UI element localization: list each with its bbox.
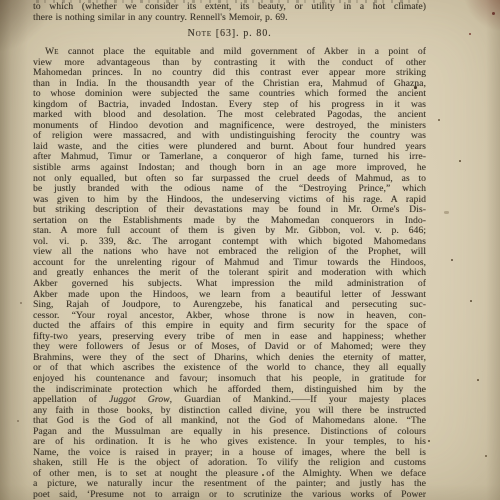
text-line: Brahmins, were they of the sect of Dhari… (33, 353, 426, 364)
text-line: shaken, still He is the object of adorat… (33, 458, 426, 469)
text-line: stan. A more full account of them is giv… (33, 226, 426, 237)
text-line: monuments of Hindoo devotion and magnifi… (33, 121, 426, 132)
text-segment: shaken, still He is the object of adorat… (33, 458, 426, 468)
text-line: was given to him by the Hindoos, the und… (33, 195, 426, 206)
text-line: but striking description of their devast… (33, 205, 426, 216)
text-segment: poet said, ‘Presume not to arraign or to… (33, 490, 426, 500)
text-line: Note [63]. p. 80. (33, 29, 426, 40)
text-segment: Name, the voice is raised in prayer; in … (33, 448, 426, 458)
paper-speck (477, 379, 479, 381)
text-line: of other men, is to set at nought the pl… (33, 469, 426, 480)
text-line: ducted the affairs of this empire in equ… (33, 321, 426, 332)
text-line: marked with blood and desolation. The mo… (33, 110, 426, 121)
text-segment: sistible arms against Indostan; and thou… (33, 163, 426, 173)
text-segment: not only equalled, but often so far surp… (33, 174, 426, 184)
text-segment: they were followers of Jesus or of Moses… (33, 342, 426, 352)
paper-speck (414, 86, 417, 89)
text-segment: there is nothing similar in any country.… (33, 13, 288, 23)
smallcaps-text: Note (188, 29, 212, 39)
text-line: Name, the voice is raised in prayer; in … (33, 448, 426, 459)
text-segment: monuments of Hindoo devotion and magnifi… (33, 121, 426, 131)
text-line: or of that which ascribes the existence … (33, 363, 426, 374)
paper-speck (470, 300, 472, 302)
text-segment: that God is the God of all mankind, not … (33, 416, 426, 426)
text-line: than in India. In the thousandth year of… (33, 79, 426, 90)
text-line: appellation of Juggot Grow, Guardian of … (33, 395, 426, 406)
text-line: and greatly enhances the merit of the to… (33, 268, 426, 279)
text-segment: ducted the affairs of this empire in equ… (33, 321, 426, 331)
text-segment: Brahmins, were they of the sect of Dhari… (33, 353, 426, 363)
text-segment: Akber governed his subjects. What impres… (33, 279, 426, 289)
text-segment: Sing, Rajah of Joudpore, to Aurengzebe, … (33, 300, 426, 310)
text-line: be justly branded with the odious name o… (33, 184, 426, 195)
text-line: Mahomedan princes. In no country did thi… (33, 68, 426, 79)
paper-speck (451, 259, 453, 261)
text-segment: of religion were massacred, and with und… (33, 131, 426, 141)
note-heading: Note [63]. p. 80. (33, 29, 426, 40)
text-segment: any faith in those books, by distinction… (33, 406, 426, 416)
text-segment: to whose dominion were subjected the sam… (33, 89, 426, 99)
text-line: Akber governed his subjects. What impres… (33, 279, 426, 290)
paper-speck (469, 33, 471, 35)
text-line: enjoyed his countenance and favour; inso… (33, 374, 426, 385)
note-body-paragraph: We cannot place the equitable and mild g… (33, 47, 426, 500)
text-segment: be justly branded with the odious name o… (33, 184, 426, 194)
text-segment: stan. A more full account of them is giv… (33, 226, 426, 236)
text-segment: but striking description of their devast… (33, 205, 426, 215)
text-line: after Mahmud, Timur or Tamerlane, a conq… (33, 152, 426, 163)
text-line: to which (whether we consider its extent… (33, 2, 426, 13)
previous-note-tail: to which (whether we consider its extent… (33, 2, 426, 23)
paper-speck (459, 160, 461, 162)
text-segment: Akber made upon the Hindoos, we learn fr… (33, 290, 426, 300)
text-segment: appellation of (33, 395, 109, 405)
text-segment: Mahomedan princes. In no country did thi… (33, 68, 426, 78)
text-line: any faith in those books, by distinction… (33, 406, 426, 417)
text-line: Akber made upon the Hindoos, we learn fr… (33, 290, 426, 301)
text-segment: cannot place the equitable and mild gove… (59, 47, 427, 57)
text-segment: vol. vi. p. 339, &c. The arrogant contem… (33, 237, 426, 247)
text-line: fifty-two years, preserving every tribe … (33, 332, 426, 343)
text-segment: , Guardian of Mankind.——If your majesty … (170, 395, 426, 405)
text-segment: laid waste, and the cities were plundere… (33, 142, 426, 152)
text-line: the indiscriminate protection which he a… (33, 385, 426, 396)
text-line: sistible arms against Indostan; and thou… (33, 163, 426, 174)
text-segment: marked with blood and desolation. The mo… (33, 110, 426, 120)
text-line: to whose dominion were subjected the sam… (33, 89, 426, 100)
text-segment: [63]. p. 80. (212, 29, 272, 39)
text-segment: kingdom of Bactria, invaded Indostan. Ev… (33, 100, 426, 110)
text-segment: enjoyed his countenance and favour; inso… (33, 374, 426, 384)
text-line: are of his ordination. It is he who give… (33, 437, 426, 448)
text-line: Pagan and the Mussulman are equally in h… (33, 427, 426, 438)
text-line: view more advantageous than by contrasti… (33, 58, 426, 69)
text-segment: view more advantageous than by contrasti… (33, 58, 426, 68)
text-line: they were followers of Jesus or of Moses… (33, 342, 426, 353)
text-segment: fifty-two years, preserving every tribe … (33, 332, 426, 342)
text-line: sertation on the Establishments made by … (33, 216, 426, 227)
paper-smudge (444, 211, 449, 214)
text-line: view all the nations who have not embrac… (33, 247, 426, 258)
text-segment: to which (whether we consider its extent… (33, 2, 426, 12)
paper-speck (20, 302, 22, 304)
paper-speck (17, 420, 19, 422)
paper-speck (485, 455, 487, 457)
text-segment: account for the unrelenting rigour of Ma… (33, 258, 426, 268)
smallcaps-text: We (45, 47, 59, 57)
text-segment: view all the nations who have not embrac… (33, 247, 426, 257)
text-line: not only equalled, but often so far surp… (33, 174, 426, 185)
italic-text: Juggot Grow (109, 395, 170, 405)
text-line: account for the unrelenting rigour of Ma… (33, 258, 426, 269)
text-segment: was given to him by the Hindoos, the und… (33, 195, 426, 205)
text-line: there is nothing similar in any country.… (33, 13, 426, 24)
text-segment: after Mahmud, Timur or Tamerlane, a conq… (33, 152, 426, 162)
text-line: of religion were massacred, and with und… (33, 131, 426, 142)
text-segment: and greatly enhances the merit of the to… (33, 268, 426, 278)
text-segment: a picture, we naturally incur the resent… (33, 479, 426, 489)
text-line: cessor. “Your royal ancestor, Akber, who… (33, 311, 426, 322)
text-segment: the indiscriminate protection which he a… (33, 385, 426, 395)
text-segment: cessor. “Your royal ancestor, Akber, who… (33, 311, 426, 321)
paper-speck (262, 474, 264, 476)
text-line: Sing, Rajah of Joudpore, to Aurengzebe, … (33, 300, 426, 311)
text-segment: or of that which ascribes the existence … (33, 363, 426, 373)
text-line: kingdom of Bactria, invaded Indostan. Ev… (33, 100, 426, 111)
paper-speck (428, 440, 430, 442)
text-segment: sertation on the Establishments made by … (33, 216, 426, 226)
text-line: We cannot place the equitable and mild g… (33, 47, 426, 58)
text-segment: are of his ordination. It is he who give… (33, 437, 426, 447)
text-line: that God is the God of all mankind, not … (33, 416, 426, 427)
text-segment: Pagan and the Mussulman are equally in h… (33, 427, 426, 437)
text-line: a picture, we naturally incur the resent… (33, 479, 426, 490)
scanned-book-page: to which (whether we consider its extent… (0, 0, 500, 500)
text-line: laid waste, and the cities were plundere… (33, 142, 426, 153)
text-line: vol. vi. p. 339, &c. The arrogant contem… (33, 237, 426, 248)
paper-speck (438, 119, 440, 121)
text-segment: of other men, is to set at nought the pl… (33, 469, 426, 479)
text-segment: than in India. In the thousandth year of… (33, 79, 426, 89)
paper-speck (492, 12, 495, 15)
text-line: poet said, ‘Presume not to arraign or to… (33, 490, 426, 500)
